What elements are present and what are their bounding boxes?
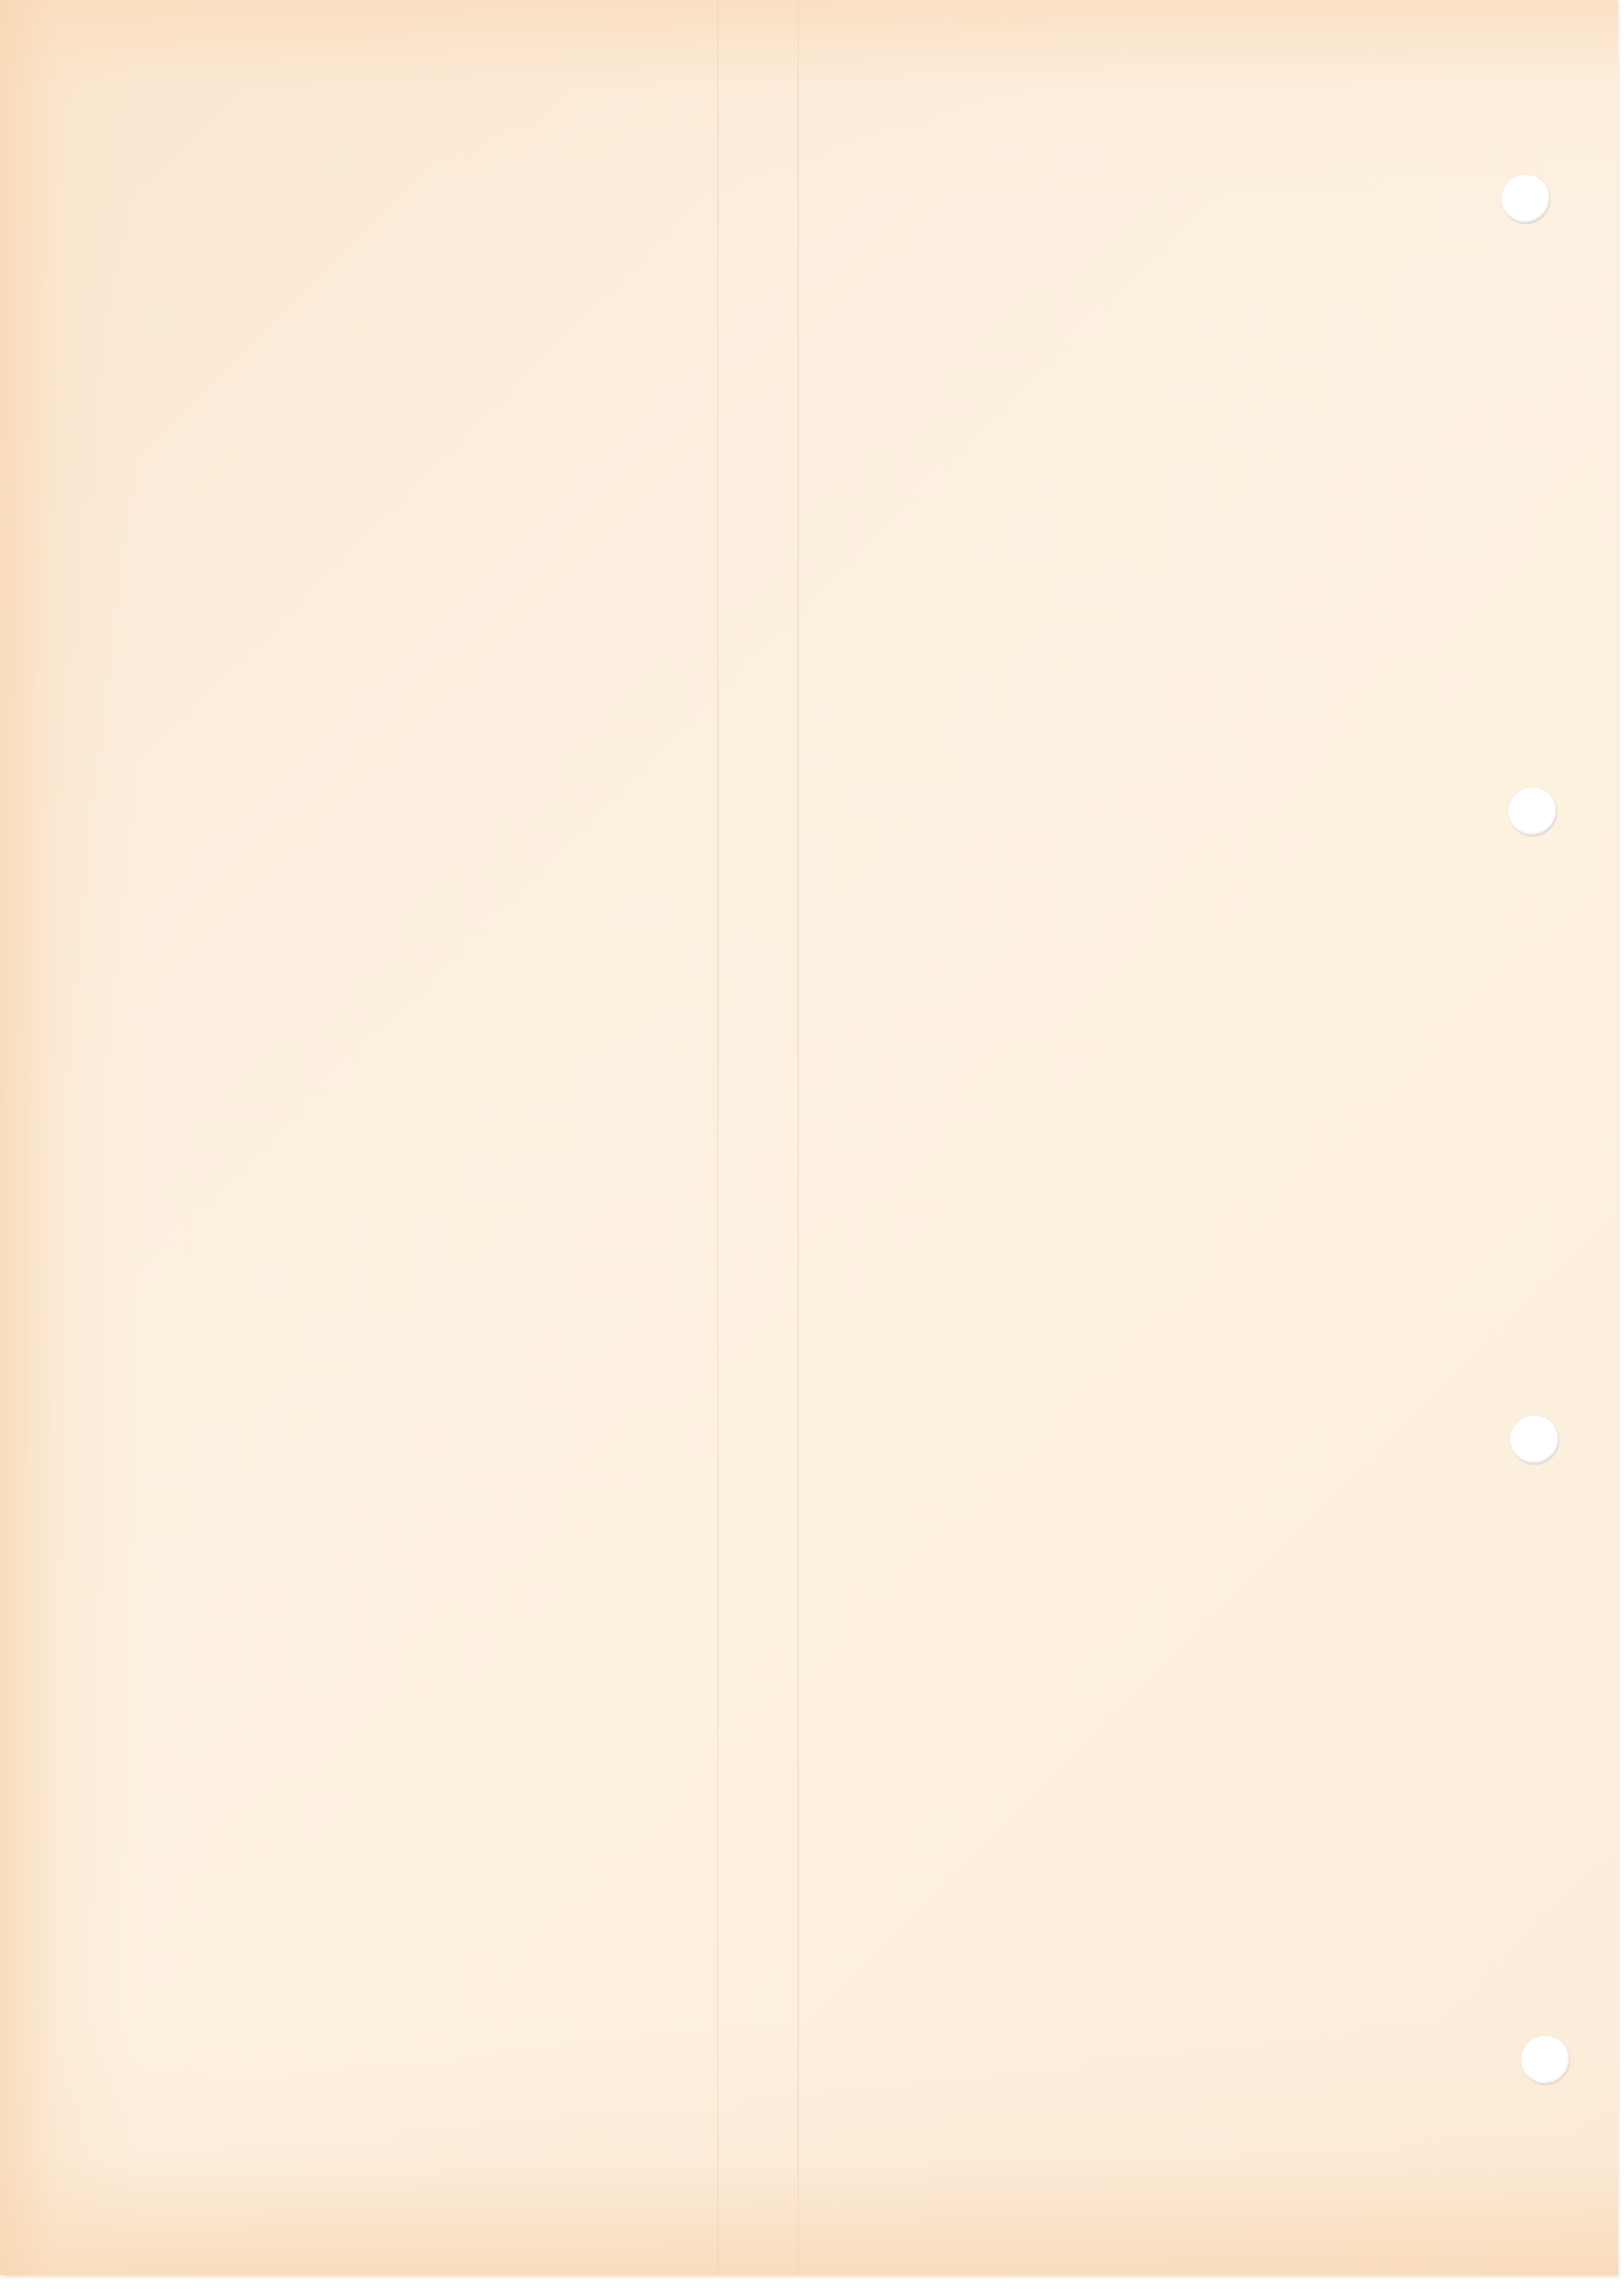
punch-hole-icon [1508,787,1557,836]
paper-fold-line [717,0,719,2275]
punch-hole-icon [1521,2036,1570,2085]
punch-hole-icon [1501,175,1550,224]
paper-fold-line [797,0,799,2275]
blank-paper-page [0,0,1618,2275]
punch-hole-icon [1510,1415,1559,1465]
